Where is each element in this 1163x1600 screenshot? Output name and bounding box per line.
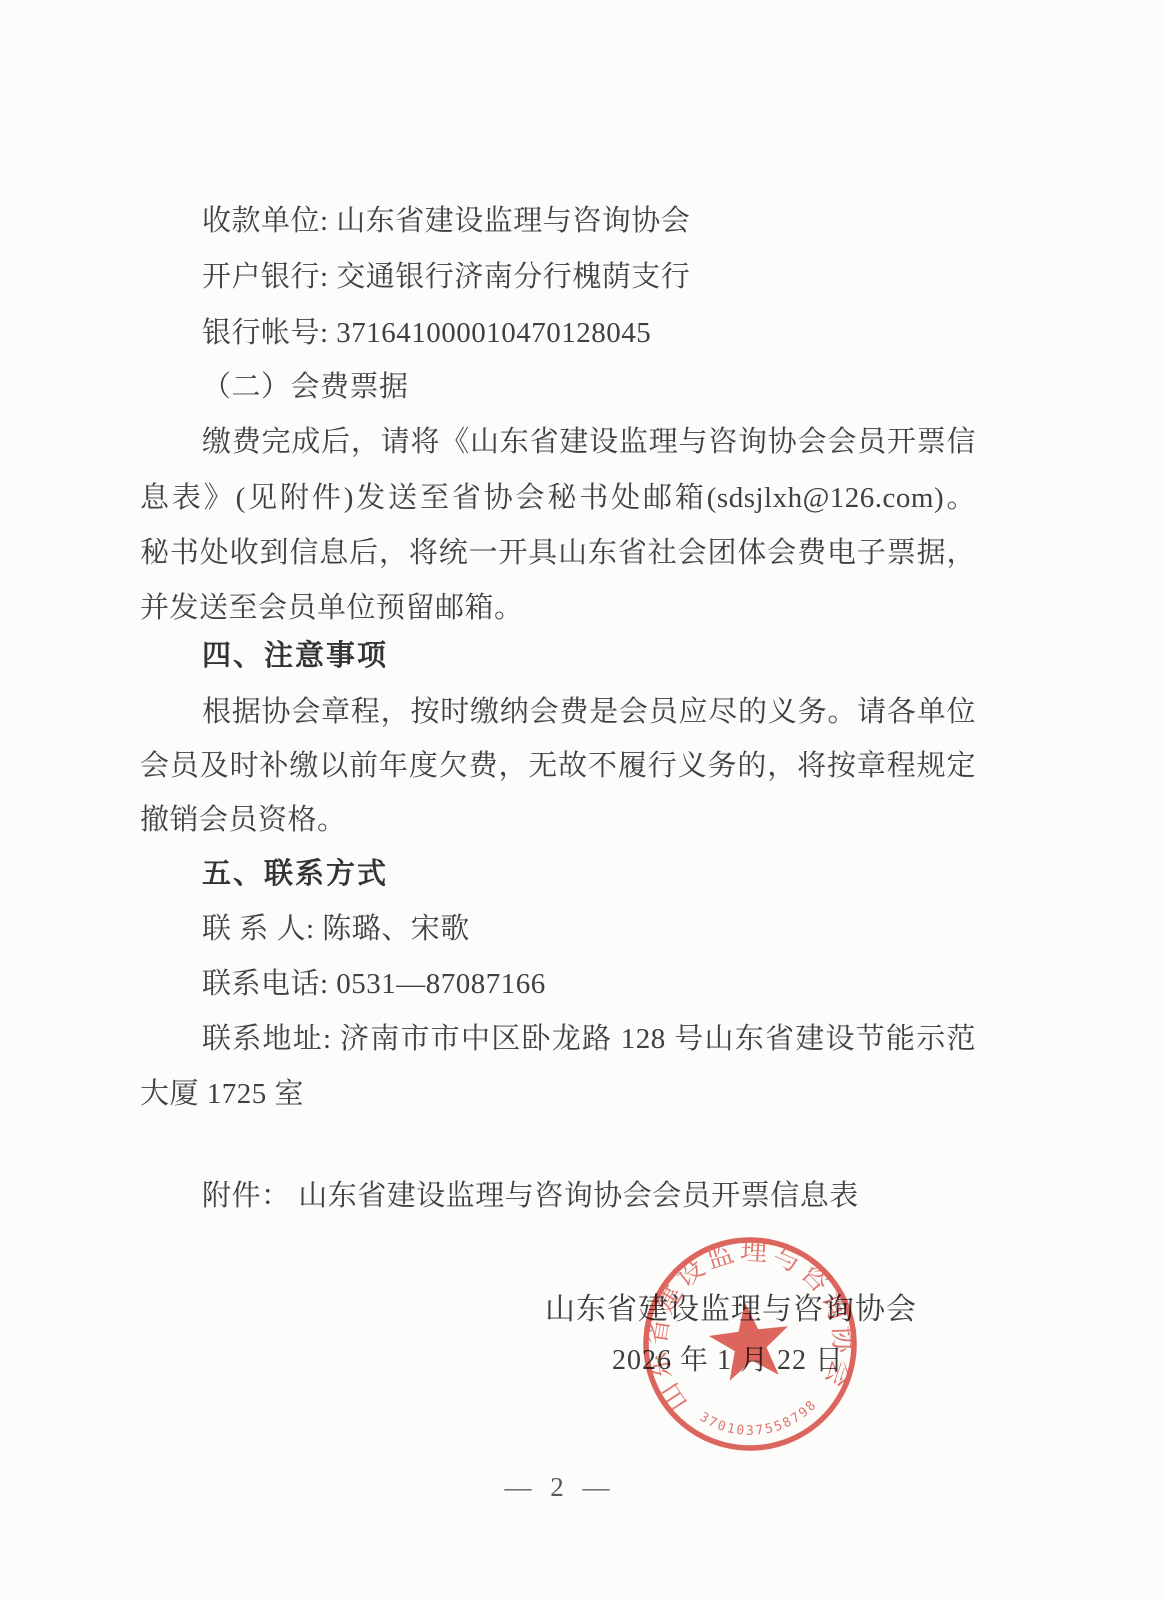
invoice-line-3: 秘书处收到信息后，将统一开具山东省社会团体会费电子票据， [140,535,976,571]
document-page: 收款单位: 山东省建设监理与咨询协会 开户银行: 交通银行济南分行槐荫支行 银行… [0,0,1163,1600]
bank-name-line: 开户银行: 交通银行济南分行槐荫支行 [140,259,976,295]
invoice-line-2: 息表》(见附件)发送至省协会秘书处邮箱(sdsjlxh@126.com)。 [140,480,976,516]
notes-line-2: 会员及时补缴以前年度欠费，无故不履行义务的，将按章程规定 [140,748,976,784]
contact-person-line: 联 系 人: 陈璐、宋歌 [140,911,976,947]
attachment-line: 附件： 山东省建设监理与咨询协会会员开票信息表 [140,1178,976,1214]
official-seal-stamp: 山东省建设监理与咨询协会 3701037558798 [628,1222,872,1466]
invoice-line-4: 并发送至会员单位预留邮箱。 [140,590,976,626]
notes-section-heading: 四、注意事项 [140,638,976,674]
contact-section-heading: 五、联系方式 [140,856,976,892]
invoice-line-1: 缴费完成后，请将《山东省建设监理与咨询协会会员开票信 [140,424,976,460]
bank-account-line: 银行帐号: 371641000010470128045 [140,315,976,351]
invoice-section-heading: （二）会费票据 [140,369,976,405]
contact-phone-line: 联系电话: 0531—87087166 [140,966,976,1002]
contact-address-line-1: 联系地址: 济南市市中区卧龙路 128 号山东省建设节能示范 [140,1021,976,1057]
notes-line-3: 撤销会员资格。 [140,802,976,838]
payee-line: 收款单位: 山东省建设监理与咨询协会 [140,203,976,239]
seal-serial-number: 3701037558798 [695,1396,823,1446]
notes-line-1: 根据协会章程，按时缴纳会费是会员应尽的义务。请各单位 [140,694,976,730]
contact-address-line-2: 大厦 1725 室 [140,1076,976,1112]
star-icon [705,1297,793,1382]
page-number: — 2 — [0,1472,1120,1503]
